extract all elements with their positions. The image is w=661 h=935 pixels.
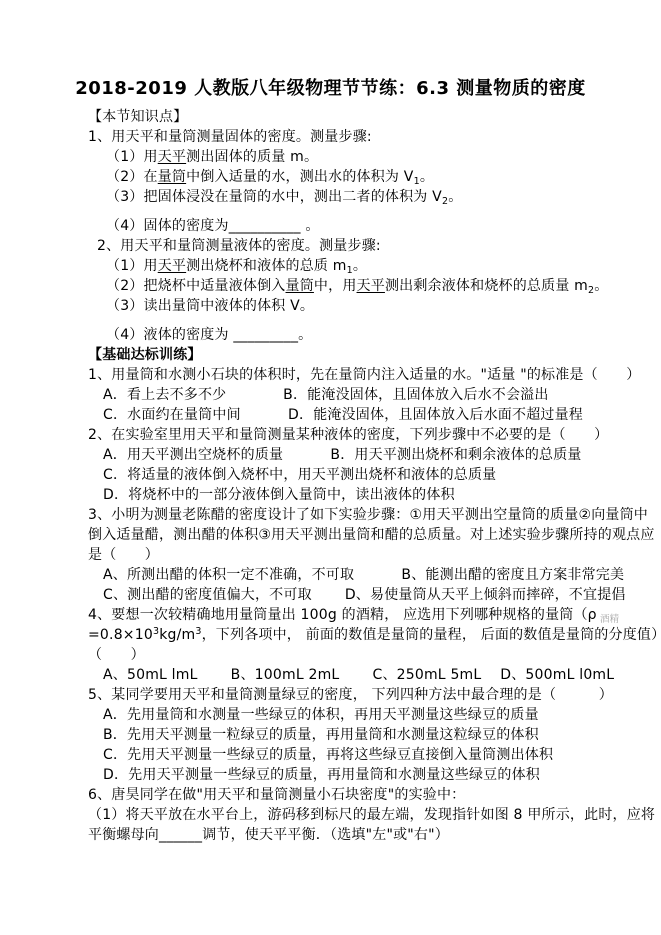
text-run: （2）把烧杯中适量液体倒入 bbox=[106, 278, 286, 294]
question-5-option-c: C．先用天平测量一些绿豆的质量，再将这些绿豆直接倒入量筒测出体积 bbox=[88, 745, 651, 765]
text-run: 5、某同学要用天平和量筒测量绿豆的密度， 下列四种方法中最合理的是（ ） bbox=[88, 687, 613, 703]
question-1-options-ab: A．看上去不多不少 B．能淹没固体，且固体放入后水不会溢出 bbox=[88, 385, 651, 405]
text-run: 1、用量筒和水测小石块的体积时，先在量筒内注入适量的水。"适量 "的标准是（ ） bbox=[88, 367, 640, 383]
training-section-header: 【基础达标训练】 bbox=[88, 345, 651, 365]
question-3-options-cd: C、测出醋的密度值偏大，不可取 D、易使量筒从天平上倾斜而摔碎，不宜提倡 bbox=[88, 585, 651, 605]
text-run: 【基础达标训练】 bbox=[88, 347, 202, 363]
text-run: B．先用天平测量一粒绿豆的质量，再用量筒和水测量这粒绿豆的体积 bbox=[103, 727, 539, 743]
question-6-part-1-line-2: 平衡螺母向______调节，使天平平衡．（选填"左"或"右"） bbox=[88, 825, 651, 845]
text-run: 倒入适量醋，测出醋的体积③用天平测出量筒和醋的总质量。对上述实验步骤所持的观点应 bbox=[88, 527, 655, 543]
question-2-option-d: D．将烧杯中的一部分液体倒入量筒中，读出液体的体积 bbox=[88, 485, 651, 505]
text-run: （1）用 bbox=[106, 149, 158, 165]
text-run: 中倒入适量的水，测出水的体积为 V bbox=[186, 169, 413, 185]
text-run: C、测出醋的密度值偏大，不可取 D、易使量筒从天平上倾斜而摔碎，不宜提倡 bbox=[103, 587, 626, 603]
question-6-part-1-line-1: （1）将天平放在水平台上，游码移到标尺的最左端，发现指针如图 8 甲所示，此时，… bbox=[88, 805, 651, 825]
question-5-stem: 5、某同学要用天平和量筒测量绿豆的密度， 下列四种方法中最合理的是（ ） bbox=[88, 685, 651, 705]
text-run: 2、用天平和量筒测量液体的密度。测量步骤: bbox=[97, 238, 381, 254]
text-run: D．将烧杯中的一部分液体倒入量筒中，读出液体的体积 bbox=[103, 487, 455, 503]
text-run: （ ） bbox=[88, 647, 145, 663]
text-run: D．先用天平测量一些绿豆的质量，再用量筒和水测量这些绿豆的体积 bbox=[103, 767, 540, 783]
text-run: 天平 bbox=[158, 149, 186, 165]
question-4-stem-line-3: （ ） bbox=[88, 645, 651, 665]
text-run: 3、小明为测量老陈醋的密度设计了如下实验步骤：①用天平测出空量筒的质量②向量筒中 bbox=[88, 507, 648, 523]
text-run: ，下列各项中， 前面的数值是量筒的量程， 后面的数值是量筒的分度值） bbox=[202, 627, 661, 643]
knowledge-item-2: 2、用天平和量筒测量液体的密度。测量步骤: bbox=[88, 236, 651, 256]
knowledge-2-step-2: （2）把烧杯中适量液体倒入量筒中，用天平测出剩余液体和烧杯的总质量 m2。 bbox=[88, 276, 651, 296]
question-6-stem: 6、唐昊同学在做"用天平和量筒测量小石块密度"的实验中： bbox=[88, 785, 651, 805]
text-run: kg/m bbox=[159, 627, 195, 643]
text-run: 中，用 bbox=[314, 278, 357, 294]
question-3-stem-line-1: 3、小明为测量老陈醋的密度设计了如下实验步骤：①用天平测出空量筒的质量②向量筒中 bbox=[88, 505, 651, 525]
knowledge-1-step-3: （3）把固体浸没在量筒的水中，测出二者的体积为 V2。 bbox=[88, 187, 651, 207]
text-run: （3）读出量筒中液体的体积 V。 bbox=[106, 298, 314, 314]
text-run: 4、要想一次较精确地用量筒量出 100g 的酒精， 应选用下列哪种规格的量筒（ρ bbox=[88, 607, 597, 623]
text-run: 2、在实验室里用天平和量筒测量某种液体的密度，下列步骤中不必要的是（ ） bbox=[88, 427, 608, 443]
text-run: A、50mL lmL B、100mL 2mL C、250mL 5mL D、500… bbox=[103, 667, 614, 683]
text-run: 酒精 bbox=[597, 614, 620, 625]
text-run: 。 bbox=[448, 189, 462, 205]
text-run: A、所测出醋的体积一定不准确，不可取 B、能测出醋的密度且方案非常完美 bbox=[103, 567, 624, 583]
text-run: 天平 bbox=[357, 278, 385, 294]
question-5-option-d: D．先用天平测量一些绿豆的质量，再用量筒和水测量这些绿豆的体积 bbox=[88, 765, 651, 785]
text-run: （2）在 bbox=[106, 169, 158, 185]
text-run: 测出剩余液体和烧杯的总质量 m bbox=[385, 278, 588, 294]
knowledge-1-step-2: （2）在量筒中倒入适量的水，测出水的体积为 V1。 bbox=[88, 167, 651, 187]
text-run: A．用天平测出空烧杯的质量 B．用天平测出烧杯和剩余液体的总质量 bbox=[103, 447, 582, 463]
text-run: 。 bbox=[353, 258, 367, 274]
question-2-option-c: C．将适量的液体倒入烧杯中，用天平测出烧杯和液体的总质量 bbox=[88, 465, 651, 485]
knowledge-section-header: 【本节知识点】 bbox=[88, 107, 651, 127]
text-run: C．先用天平测量一些绿豆的质量，再将这些绿豆直接倒入量筒测出体积 bbox=[103, 747, 553, 763]
knowledge-2-step-3: （3）读出量筒中液体的体积 V。 bbox=[88, 296, 651, 316]
text-run: A．看上去不多不少 B．能淹没固体，且固体放入后水不会溢出 bbox=[103, 387, 549, 403]
question-5-option-b: B．先用天平测量一粒绿豆的质量，再用量筒和水测量这粒绿豆的体积 bbox=[88, 725, 651, 745]
question-2-stem: 2、在实验室里用天平和量筒测量某种液体的密度，下列步骤中不必要的是（ ） bbox=[88, 425, 651, 445]
text-run: （4）液体的密度为 _________。 bbox=[106, 327, 312, 343]
text-run: C．水面约在量筒中间 D．能淹没固体，且固体放入后水面不超过量程 bbox=[103, 407, 583, 423]
question-2-options-ab: A．用天平测出空烧杯的质量 B．用天平测出烧杯和剩余液体的总质量 bbox=[88, 445, 651, 465]
text-run: （3）把固体浸没在量筒的水中，测出二者的体积为 V bbox=[106, 189, 442, 205]
question-4-stem-line-1: 4、要想一次较精确地用量筒量出 100g 的酒精， 应选用下列哪种规格的量筒（ρ… bbox=[88, 605, 651, 625]
text-run: 。 bbox=[594, 278, 608, 294]
question-3-stem-line-2: 倒入适量醋，测出醋的体积③用天平测出量筒和醋的总质量。对上述实验步骤所持的观点应 bbox=[88, 525, 651, 545]
worksheet-page: 2018-2019 人教版八年级物理节节练：6.3 测量物质的密度 【本节知识点… bbox=[0, 0, 661, 935]
text-run: 量筒 bbox=[286, 278, 314, 294]
text-run: 测出烧杯和液体的总质 m bbox=[186, 258, 347, 274]
text-run: 天平 bbox=[158, 258, 186, 274]
text-run: C．将适量的液体倒入烧杯中，用天平测出烧杯和液体的总质量 bbox=[103, 467, 496, 483]
text-run: 【本节知识点】 bbox=[88, 109, 187, 125]
text-run: 是（ ） bbox=[88, 547, 159, 563]
question-1-stem: 1、用量筒和水测小石块的体积时，先在量筒内注入适量的水。"适量 "的标准是（ ） bbox=[88, 365, 651, 385]
text-run: 量筒 bbox=[158, 169, 186, 185]
text-run: 1、用天平和量筒测量固体的密度。测量步骤: bbox=[88, 129, 372, 145]
question-4-options: A、50mL lmL B、100mL 2mL C、250mL 5mL D、500… bbox=[88, 665, 651, 685]
knowledge-2-step-4: （4）液体的密度为 _________。 bbox=[88, 325, 651, 345]
text-run: 平衡螺母向______调节，使天平平衡．（选填"左"或"右"） bbox=[88, 827, 449, 843]
knowledge-1-step-4: （4）固体的密度为__________ 。 bbox=[88, 216, 651, 236]
question-1-options-cd: C．水面约在量筒中间 D．能淹没固体，且固体放入后水面不超过量程 bbox=[88, 405, 651, 425]
text-run: （1）将天平放在水平台上，游码移到标尺的最左端，发现指针如图 8 甲所示，此时，… bbox=[88, 807, 655, 823]
text-run: （4）固体的密度为__________ 。 bbox=[106, 218, 320, 234]
text-run: 测出固体的质量 m。 bbox=[186, 149, 318, 165]
document-body: 【本节知识点】1、用天平和量筒测量固体的密度。测量步骤:（1）用天平测出固体的质… bbox=[0, 107, 661, 845]
text-run: =0.8×10 bbox=[88, 627, 153, 643]
question-3-stem-line-3: 是（ ） bbox=[88, 545, 651, 565]
text-run: （1）用 bbox=[106, 258, 158, 274]
text-run: A．先用量筒和水测量一些绿豆的体积，再用天平测量这些绿豆的质量 bbox=[103, 707, 539, 723]
knowledge-2-step-1: （1）用天平测出烧杯和液体的总质 m1。 bbox=[88, 256, 651, 276]
knowledge-item-1: 1、用天平和量筒测量固体的密度。测量步骤: bbox=[88, 127, 651, 147]
text-run: 6、唐昊同学在做"用天平和量筒测量小石块密度"的实验中： bbox=[88, 787, 465, 803]
knowledge-1-step-1: （1）用天平测出固体的质量 m。 bbox=[88, 147, 651, 167]
question-4-stem-line-2: =0.8×103kg/m3，下列各项中， 前面的数值是量筒的量程， 后面的数值是… bbox=[88, 625, 651, 645]
page-title: 2018-2019 人教版八年级物理节节练：6.3 测量物质的密度 bbox=[0, 0, 661, 100]
text-run: 。 bbox=[420, 169, 434, 185]
question-5-option-a: A．先用量筒和水测量一些绿豆的体积，再用天平测量这些绿豆的质量 bbox=[88, 705, 651, 725]
question-3-options-ab: A、所测出醋的体积一定不准确，不可取 B、能测出醋的密度且方案非常完美 bbox=[88, 565, 651, 585]
